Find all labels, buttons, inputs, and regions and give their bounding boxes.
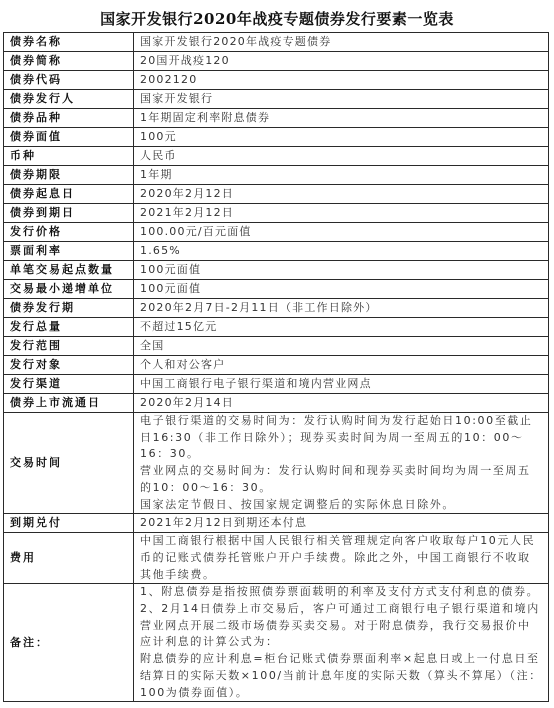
row-label: 发行范围 xyxy=(4,337,134,356)
row-value: 人民币 xyxy=(134,147,549,166)
row-value: 全国 xyxy=(134,337,549,356)
row-label: 债券发行人 xyxy=(4,90,134,109)
row-value: 100.00元/百元面值 xyxy=(134,223,549,242)
bond-spec-table: 债券名称国家开发银行2020年战疫专题债券 债券简称20国开战疫120 债券代码… xyxy=(3,32,549,702)
row-value: 100元面值 xyxy=(134,280,549,299)
row-label: 债券代码 xyxy=(4,71,134,90)
row-label: 债券期限 xyxy=(4,166,134,185)
row-label: 到期兑付 xyxy=(4,514,134,533)
trading-time-row: 交易时间 电子银行渠道的交易时间为：发行认购时间为发行起始日10:00至截止日1… xyxy=(4,413,549,514)
row-label: 发行价格 xyxy=(4,223,134,242)
row-value: 国家开发银行 xyxy=(134,90,549,109)
row-label: 债券发行期 xyxy=(4,299,134,318)
table-row: 发行价格100.00元/百元面值 xyxy=(4,223,549,242)
row-value: 2021年2月12日到期还本付息 xyxy=(134,514,549,533)
row-label: 债券名称 xyxy=(4,33,134,52)
row-label: 发行对象 xyxy=(4,356,134,375)
table-row: 债券发行期2020年2月7日-2月11日（非工作日除外） xyxy=(4,299,549,318)
row-value: 2021年2月12日 xyxy=(134,204,549,223)
row-value: 中国工商银行电子银行渠道和境内营业网点 xyxy=(134,375,549,394)
fees-value: 中国工商银行根据中国人民银行相关管理规定向客户收取每户10元人民币的记账式债券托… xyxy=(134,533,549,584)
row-label: 单笔交易起点数量 xyxy=(4,261,134,280)
table-row: 发行范围全国 xyxy=(4,337,549,356)
row-label: 债券到期日 xyxy=(4,204,134,223)
paragraph: 1、附息债券是指按照债券票面载明的利率及支付方式支付利息的债券。 xyxy=(140,584,542,601)
row-label: 交易最小递增单位 xyxy=(4,280,134,299)
notes-row: 备注： 1、附息债券是指按照债券票面载明的利率及支付方式支付利息的债券。 2、2… xyxy=(4,584,549,702)
paragraph: 2、2月14日债券上市交易后，客户可通过工商银行电子银行渠道和境内营业网点开展二… xyxy=(140,601,542,651)
table-row: 单笔交易起点数量100元面值 xyxy=(4,261,549,280)
row-label: 债券简称 xyxy=(4,52,134,71)
paragraph: 电子银行渠道的交易时间为：发行认购时间为发行起始日10:00至截止日16:30（… xyxy=(140,413,542,463)
table-row: 债券代码2002120 xyxy=(4,71,549,90)
row-label: 票面利率 xyxy=(4,242,134,261)
row-value: 2002120 xyxy=(134,71,549,90)
row-label: 费用 xyxy=(4,533,134,584)
paragraph: 中国工商银行根据中国人民银行相关管理规定向客户收取每户10元人民币的记账式债券托… xyxy=(140,533,542,583)
table-row: 债券到期日2021年2月12日 xyxy=(4,204,549,223)
table-row: 交易最小递增单位100元面值 xyxy=(4,280,549,299)
row-label: 债券起息日 xyxy=(4,185,134,204)
table-row: 发行总量不超过15亿元 xyxy=(4,318,549,337)
row-label: 债券面值 xyxy=(4,128,134,147)
table-row: 债券期限1年期 xyxy=(4,166,549,185)
paragraph: 国家法定节假日、按国家规定调整后的实际休息日除外。 xyxy=(140,497,542,514)
table-row: 债券简称20国开战疫120 xyxy=(4,52,549,71)
row-label: 发行渠道 xyxy=(4,375,134,394)
notes-value: 1、附息债券是指按照债券票面载明的利率及支付方式支付利息的债券。 2、2月14日… xyxy=(134,584,549,702)
table-row: 债券面值100元 xyxy=(4,128,549,147)
row-label: 发行总量 xyxy=(4,318,134,337)
row-value: 1年期 xyxy=(134,166,549,185)
row-label: 币种 xyxy=(4,147,134,166)
paragraph: 营业网点的交易时间为：发行认购时间和现券买卖时间均为周一至周五的10：00～16… xyxy=(140,463,542,496)
table-row: 债券发行人国家开发银行 xyxy=(4,90,549,109)
table-row: 发行对象个人和对公客户 xyxy=(4,356,549,375)
trading-time-value: 电子银行渠道的交易时间为：发行认购时间为发行起始日10:00至截止日16:30（… xyxy=(134,413,549,514)
row-value: 1.65% xyxy=(134,242,549,261)
table-row: 币种人民币 xyxy=(4,147,549,166)
table-row: 债券上市流通日2020年2月14日 xyxy=(4,394,549,413)
row-value: 国家开发银行2020年战疫专题债券 xyxy=(134,33,549,52)
paragraph: 附息债券的应计利息=柜台记账式债券票面利率×起息日或上一付息日至结算日的实际天数… xyxy=(140,651,542,701)
document-title: 国家开发银行2020年战疫专题债券发行要素一览表 xyxy=(0,8,554,29)
row-value: 100元 xyxy=(134,128,549,147)
maturity-row: 到期兑付 2021年2月12日到期还本付息 xyxy=(4,514,549,533)
row-value: 2020年2月12日 xyxy=(134,185,549,204)
row-label: 备注： xyxy=(4,584,134,702)
table-row: 债券起息日2020年2月12日 xyxy=(4,185,549,204)
row-value: 2020年2月14日 xyxy=(134,394,549,413)
table-row: 债券品种1年期固定利率附息债券 xyxy=(4,109,549,128)
row-value: 个人和对公客户 xyxy=(134,356,549,375)
row-value: 2020年2月7日-2月11日（非工作日除外） xyxy=(134,299,549,318)
row-label: 债券上市流通日 xyxy=(4,394,134,413)
row-label: 债券品种 xyxy=(4,109,134,128)
table-row: 债券名称国家开发银行2020年战疫专题债券 xyxy=(4,33,549,52)
row-label: 交易时间 xyxy=(4,413,134,514)
row-value: 1年期固定利率附息债券 xyxy=(134,109,549,128)
row-value: 20国开战疫120 xyxy=(134,52,549,71)
table-row: 发行渠道中国工商银行电子银行渠道和境内营业网点 xyxy=(4,375,549,394)
table-row: 票面利率1.65% xyxy=(4,242,549,261)
fees-row: 费用 中国工商银行根据中国人民银行相关管理规定向客户收取每户10元人民币的记账式… xyxy=(4,533,549,584)
row-value: 不超过15亿元 xyxy=(134,318,549,337)
row-value: 100元面值 xyxy=(134,261,549,280)
